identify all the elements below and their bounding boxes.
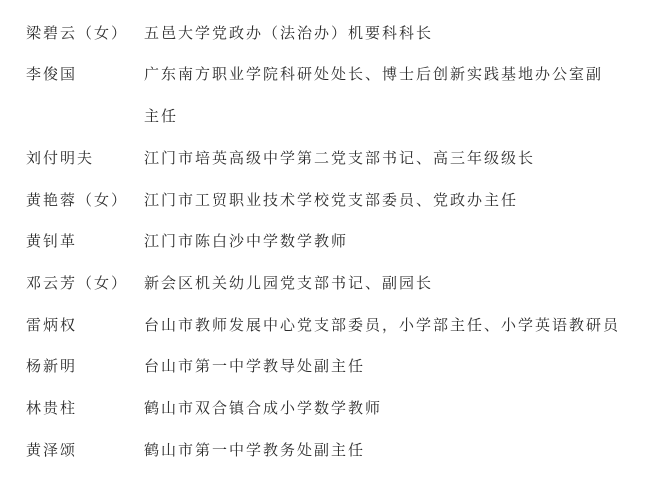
person-name: 刘付明夫 xyxy=(26,148,94,168)
person-name: 雷炳权 xyxy=(26,315,77,335)
person-name: 黄泽颂 xyxy=(26,440,77,460)
person-title: 台山市教师发展中心党支部委员，小学部主任、小学英语教研员 xyxy=(144,315,620,335)
person-title: 江门市工贸职业技术学校党支部委员、党政办主任 xyxy=(144,190,518,210)
person-name: 邓云芳（女） xyxy=(26,273,128,293)
person-title: 台山市第一中学教导处副主任 xyxy=(144,356,365,376)
person-name: 林贵柱 xyxy=(26,398,77,418)
person-name: 梁碧云（女） xyxy=(26,23,128,43)
person-title: 新会区机关幼儿园党支部书记、副园长 xyxy=(144,273,433,293)
person-title-continued: 主任 xyxy=(144,106,178,126)
person-title: 广东南方职业学院科研处处长、博士后创新实践基地办公室副 xyxy=(144,64,603,84)
person-name: 杨新明 xyxy=(26,356,77,376)
person-title: 鹤山市第一中学教务处副主任 xyxy=(144,440,365,460)
person-title: 五邑大学党政办（法治办）机要科科长 xyxy=(144,23,433,43)
person-title: 江门市陈白沙中学数学教师 xyxy=(144,231,348,251)
person-name: 李俊国 xyxy=(26,64,77,84)
person-name: 黄艳蓉（女） xyxy=(26,190,128,210)
person-title: 鹤山市双合镇合成小学数学教师 xyxy=(144,398,382,418)
person-title: 江门市培英高级中学第二党支部书记、高三年级级长 xyxy=(144,148,535,168)
person-name: 黄钊革 xyxy=(26,231,77,251)
